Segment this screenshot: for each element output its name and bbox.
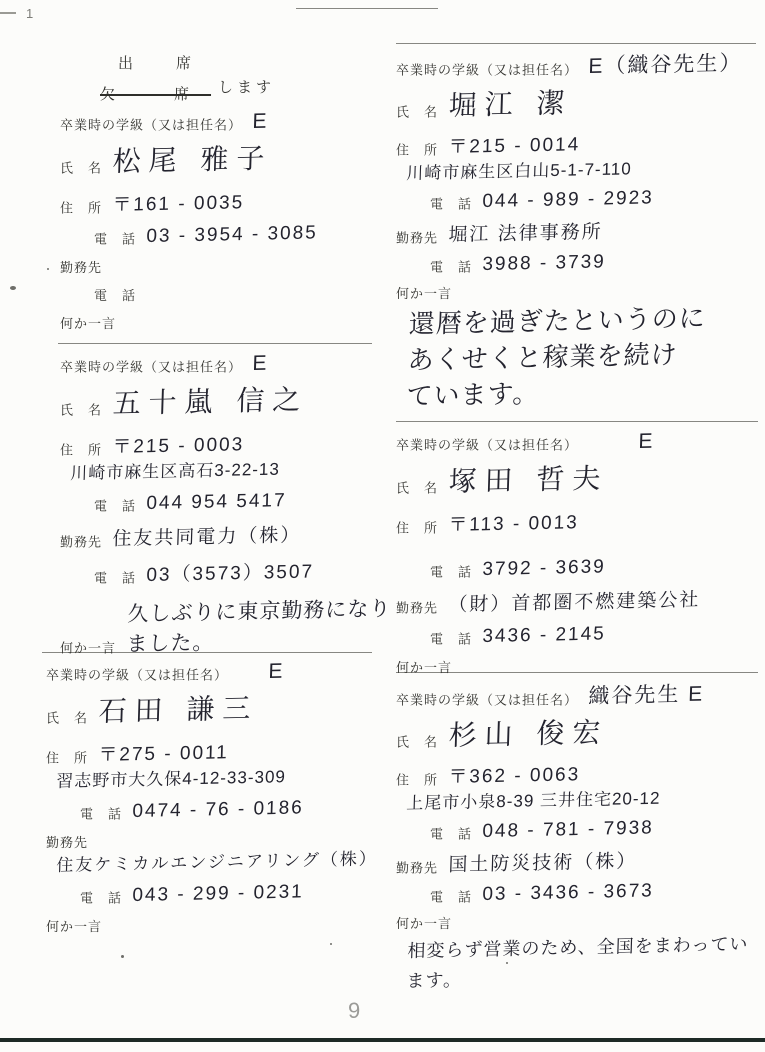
workplace-value: （財）首都圏不燃建築公社 xyxy=(448,585,701,617)
workplace-label: 勤務先 xyxy=(60,534,102,549)
postal-value: 〒362 - 0063 xyxy=(448,759,581,789)
class-label: 卒業時の学級（又は担任名） xyxy=(396,62,578,77)
divider-line xyxy=(396,421,758,422)
work-phone-value: 03 - 3436 - 3673 xyxy=(482,880,654,906)
work-phone-value: 3988 - 3739 xyxy=(482,251,606,276)
work-phone-label: 電 話 xyxy=(430,631,472,646)
record-card-4: 卒業時の学級（又は担任名）E 氏 名塚田 哲夫 住 所〒113 - 0013 電… xyxy=(396,430,758,685)
workplace-value: 国土防災技術（株） xyxy=(448,846,638,877)
name-label: 氏 名 xyxy=(396,104,438,119)
phone-value: 03 - 3954 - 3085 xyxy=(146,222,318,248)
phone-label: 電 話 xyxy=(430,564,472,579)
workplace-value: 堀江 法律事務所 xyxy=(448,217,603,247)
comment-value: 還暦を過ぎたというのに あくせくと稼業を続け ています。 xyxy=(406,300,706,414)
corner-pen-mark: 1 xyxy=(26,6,33,21)
address-label: 住 所 xyxy=(396,772,438,787)
comment-label: 何か一言 xyxy=(396,660,452,675)
address-line2: 上尾市小泉8-39 三井住宅20-12 xyxy=(406,784,661,814)
name-value: 石田 謙三 xyxy=(98,690,259,731)
class-label: 卒業時の学級（又は担任名） xyxy=(60,359,242,374)
record-card-2: 卒業時の学級（又は担任名）E（織谷先生） 氏 名堀江 潔 住 所〒215 - 0… xyxy=(396,50,758,421)
name-value: 塚田 哲夫 xyxy=(448,460,609,501)
class-value: E xyxy=(252,352,269,376)
workplace-label: 勤務先 xyxy=(396,860,438,875)
divider-line xyxy=(296,8,438,9)
class-value: E xyxy=(252,110,269,134)
scanned-document-page: 1 出 席 します 欠 席 卒業時の学級（又は担任名）E 氏 名松尾 雅子 住 … xyxy=(0,0,765,1052)
phone-value: 048 - 781 - 7938 xyxy=(482,817,654,843)
record-card-5: 卒業時の学級（又は担任名）E 氏 名石田 謙三 住 所〒275 - 0011習志… xyxy=(46,660,386,944)
address-label: 住 所 xyxy=(60,442,102,457)
address-label: 住 所 xyxy=(396,142,438,157)
address-line2: 習志野市大久保4-12-33-309 xyxy=(56,762,286,792)
postal-value: 〒275 - 0011 xyxy=(98,737,229,767)
phone-value: 044 - 989 - 2923 xyxy=(482,187,654,213)
postal-value: 〒161 - 0035 xyxy=(112,187,245,217)
address-label: 住 所 xyxy=(60,200,102,215)
divider-line xyxy=(58,343,372,344)
work-phone-label: 電 話 xyxy=(80,890,122,905)
phone-label: 電 話 xyxy=(94,498,136,513)
name-label: 氏 名 xyxy=(60,160,102,175)
phone-label: 電 話 xyxy=(430,196,472,211)
page-number: 9 xyxy=(348,998,361,1024)
comment-label: 何か一言 xyxy=(396,916,452,931)
comment-value: 相変らず営業のため、全国をまわっています。 xyxy=(406,929,760,996)
workplace-label: 勤務先 xyxy=(60,260,102,275)
name-label: 氏 名 xyxy=(396,734,438,749)
attendance-section: 出 席 します 欠 席 xyxy=(100,52,320,104)
name-label: 氏 名 xyxy=(46,710,88,725)
scan-speck xyxy=(47,268,49,270)
class-value: E xyxy=(268,660,285,684)
work-phone-value: 03（3573）3507 xyxy=(146,556,314,587)
scan-speck xyxy=(10,286,16,290)
address-line2: 川崎市麻生区高石3-22-13 xyxy=(70,455,280,484)
work-phone-label: 電 話 xyxy=(430,259,472,274)
divider-line xyxy=(396,43,756,44)
name-value: 杉山 俊宏 xyxy=(448,714,609,755)
comment-value: 久しぶりに東京勤務になり ました。 xyxy=(126,594,392,660)
scan-speck xyxy=(121,955,124,958)
attendance-suffix: します xyxy=(218,76,275,97)
class-label: 卒業時の学級（又は担任名） xyxy=(60,117,242,132)
phone-label: 電 話 xyxy=(430,826,472,841)
phone-label: 電 話 xyxy=(94,231,136,246)
comment-label: 何か一言 xyxy=(60,640,116,655)
absent-option-struck: 欠 席 xyxy=(100,83,211,104)
attend-option: 出 席 xyxy=(118,52,320,73)
name-label: 氏 名 xyxy=(396,480,438,495)
comment-label: 何か一言 xyxy=(60,316,116,331)
scan-edge-mark xyxy=(0,12,16,14)
comment-label: 何か一言 xyxy=(396,286,452,301)
class-label: 卒業時の学級（又は担任名） xyxy=(396,692,578,707)
class-value: 織谷先生 E xyxy=(588,678,705,710)
workplace-label: 勤務先 xyxy=(396,230,438,245)
work-phone-value: 3436 - 2145 xyxy=(482,623,606,648)
class-value: E（織谷先生） xyxy=(588,47,743,80)
work-phone-label: 電 話 xyxy=(430,889,472,904)
workplace-label: 勤務先 xyxy=(396,600,438,615)
record-card-3: 卒業時の学級（又は担任名）E 氏 名五十嵐 信之 住 所〒215 - 0003川… xyxy=(60,352,390,669)
name-label: 氏 名 xyxy=(60,402,102,417)
name-value: 堀江 潔 xyxy=(448,84,573,125)
work-phone-label: 電 話 xyxy=(94,288,136,303)
phone-label: 電 話 xyxy=(80,806,122,821)
scanner-bottom-edge xyxy=(0,1038,765,1042)
name-value: 五十嵐 信之 xyxy=(112,381,309,423)
comment-label: 何か一言 xyxy=(46,919,102,934)
postal-value: 〒215 - 0003 xyxy=(112,429,245,459)
work-phone-value: 043 - 299 - 0231 xyxy=(132,881,304,907)
workplace-value: 住友共同電力（株） xyxy=(112,520,302,551)
name-value: 松尾 雅子 xyxy=(112,140,273,181)
address-label: 住 所 xyxy=(46,750,88,765)
workplace-label: 勤務先 xyxy=(46,835,88,850)
postal-value: 〒215 - 0014 xyxy=(448,129,581,159)
address-label: 住 所 xyxy=(396,520,438,535)
phone-value: 044 954 5417 xyxy=(146,490,287,515)
record-card-6: 卒業時の学級（又は担任名）織谷先生 E 氏 名杉山 俊宏 住 所〒362 - 0… xyxy=(396,680,758,1003)
class-value: E xyxy=(638,430,655,454)
phone-value: 0474 - 76 - 0186 xyxy=(132,797,304,823)
class-label: 卒業時の学級（又は担任名） xyxy=(46,667,228,682)
workplace-value: 住友ケミカルエンジニアリング（株） xyxy=(56,844,378,876)
class-label: 卒業時の学級（又は担任名） xyxy=(396,437,578,452)
phone-value: 3792 - 3639 xyxy=(482,556,606,581)
work-phone-label: 電 話 xyxy=(94,570,136,585)
postal-value: 〒113 - 0013 xyxy=(448,507,579,537)
address-line2: 川崎市麻生区白山5-1-7-110 xyxy=(406,154,632,184)
record-card-1: 卒業時の学級（又は担任名）E 氏 名松尾 雅子 住 所〒161 - 0035 電… xyxy=(60,110,380,341)
